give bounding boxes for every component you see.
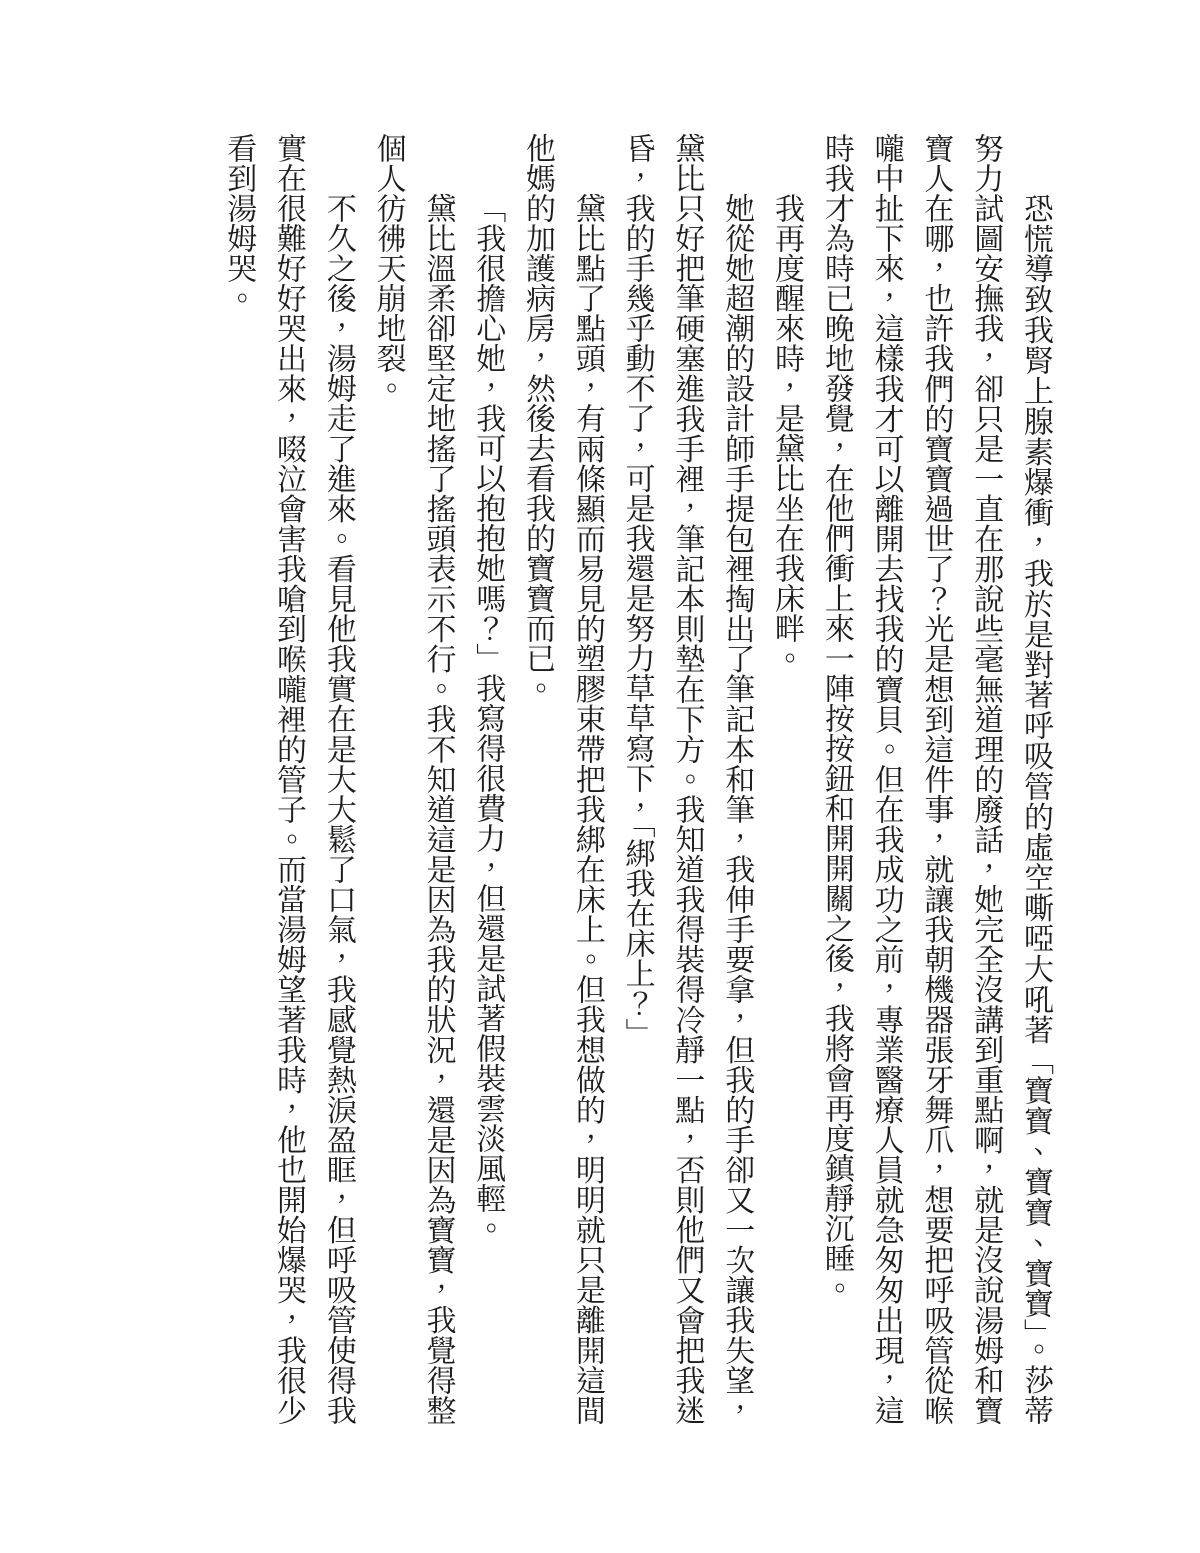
document-page: 恐慌導致我腎上腺素爆衝，我於是對著呼吸管的虛空嘶啞大吼著「寶寶、寶寶、寶寶」。莎… (0, 0, 1200, 1553)
paragraph-3: 她從她超潮的設計師手提包裡掏出了筆記本和筆，我伸手要拿，但我的手卻又一次讓我失望… (612, 133, 761, 1425)
paragraph-6: 黛比溫柔卻堅定地搖了搖頭表示不行。我不知道這是因為我的狀況，還是因為寶寶，我覺得… (363, 133, 463, 1425)
paragraph-4: 黛比點了點頭，有兩條顯而易見的塑膠束帶把我綁在床上。但我想做的，明明就只是離開這… (512, 133, 612, 1425)
paragraph-2: 我再度醒來時，是黛比坐在我床畔。 (761, 133, 811, 1425)
vertical-text-block: 恐慌導致我腎上腺素爆衝，我於是對著呼吸管的虛空嘶啞大吼著「寶寶、寶寶、寶寶」。莎… (213, 133, 1060, 1425)
paragraph-5: 「我很擔心她，我可以抱抱她嗎？」我寫得很費力，但還是試著假裝雲淡風輕。 (462, 133, 512, 1425)
paragraph-1: 恐慌導致我腎上腺素爆衝，我於是對著呼吸管的虛空嘶啞大吼著「寶寶、寶寶、寶寶」。莎… (811, 133, 1060, 1425)
paragraph-7: 不久之後，湯姆走了進來。看見他我實在是大大鬆了口氣，我感覺熱淚盈眶，但呼吸管使得… (213, 133, 362, 1425)
